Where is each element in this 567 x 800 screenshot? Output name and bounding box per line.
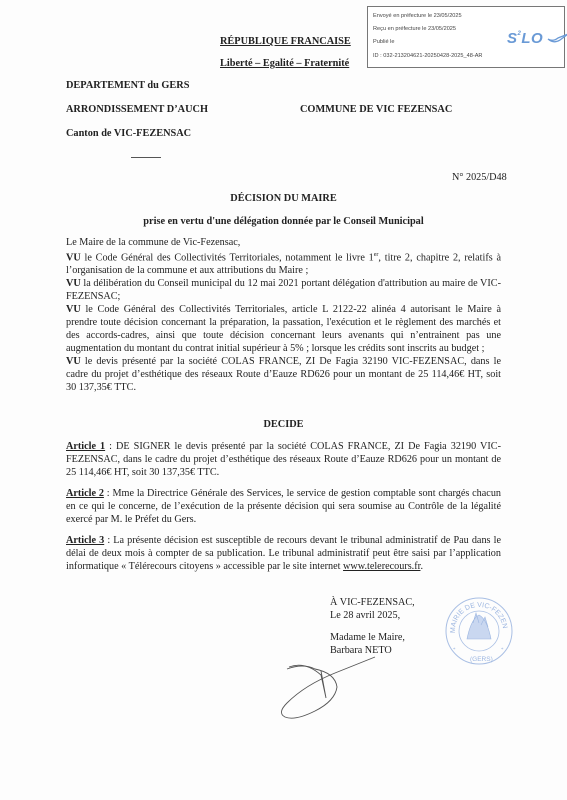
arrondissement: ARRONDISSEMENT D’AUCH <box>66 104 208 115</box>
decision-number: N° 2025/D48 <box>452 172 507 183</box>
act-id: ID : 032-213204621-20250428-2025_48-AR <box>373 53 482 59</box>
decision-subtitle: prise en vertu d'une délégation donnée p… <box>0 216 567 227</box>
decision-title: DÉCISION DU MAIRE <box>0 193 567 204</box>
separator-line <box>131 157 161 158</box>
s2lo-logo: S2LO <box>507 30 543 47</box>
preamble-intro: Le Maire de la commune de Vic-Fezensac, <box>66 236 501 249</box>
vu-clause: VU le Code Général des Collectivités Ter… <box>66 249 501 277</box>
plane-swoosh-icon <box>547 33 567 43</box>
preamble: Le Maire de la commune de Vic-Fezensac, … <box>66 236 501 394</box>
article-3: Article 3 : La présente décision est sus… <box>66 534 501 573</box>
prefecture-transmission-stamp: Envoyé en préfecture le 23/05/2025 Reçu … <box>367 6 565 68</box>
republic-motto: Liberté – Egalité – Fraternité <box>220 58 349 69</box>
articles: Article 1 : DE SIGNER le devis présenté … <box>66 440 501 581</box>
vu-clause: VU le devis présenté par la société COLA… <box>66 355 501 394</box>
signature-date: Le 28 avril 2025, <box>330 610 415 623</box>
commune: COMMUNE DE VIC FEZENSAC <box>300 104 452 115</box>
handwritten-signature <box>275 655 395 735</box>
telerecours-link[interactable]: www.telerecours.fr <box>343 561 420 572</box>
sent-date: Envoyé en préfecture le 23/05/2025 <box>373 13 462 19</box>
department: DEPARTEMENT du GERS <box>66 80 189 91</box>
vu-clause: VU la délibération du Conseil municipal … <box>66 277 501 303</box>
decide-heading: DECIDE <box>0 419 567 430</box>
received-date: Reçu en préfecture le 23/05/2025 <box>373 26 456 32</box>
article-1: Article 1 : DE SIGNER le devis présenté … <box>66 440 501 479</box>
mairie-seal: MAIRIE DE VIC-FEZENSAC (GERS) * * <box>443 595 515 667</box>
signature-block: À VIC-FEZENSAC, Le 28 avril 2025, Madame… <box>330 597 415 657</box>
svg-text:(GERS): (GERS) <box>470 656 493 663</box>
svg-text:*: * <box>453 648 456 653</box>
article-2: Article 2 : Mme la Directrice Générale d… <box>66 487 501 526</box>
signatory-role: Madame le Maire, <box>330 632 415 645</box>
signature-place: À VIC-FEZENSAC, <box>330 597 415 610</box>
canton: Canton de VIC-FEZENSAC <box>66 128 191 139</box>
svg-text:*: * <box>501 648 504 653</box>
vu-clause: VU le Code Général des Collectivités Ter… <box>66 303 501 355</box>
published-date: Publié le <box>373 39 394 45</box>
republic-heading: RÉPUBLIQUE FRANCAISE <box>220 36 351 47</box>
